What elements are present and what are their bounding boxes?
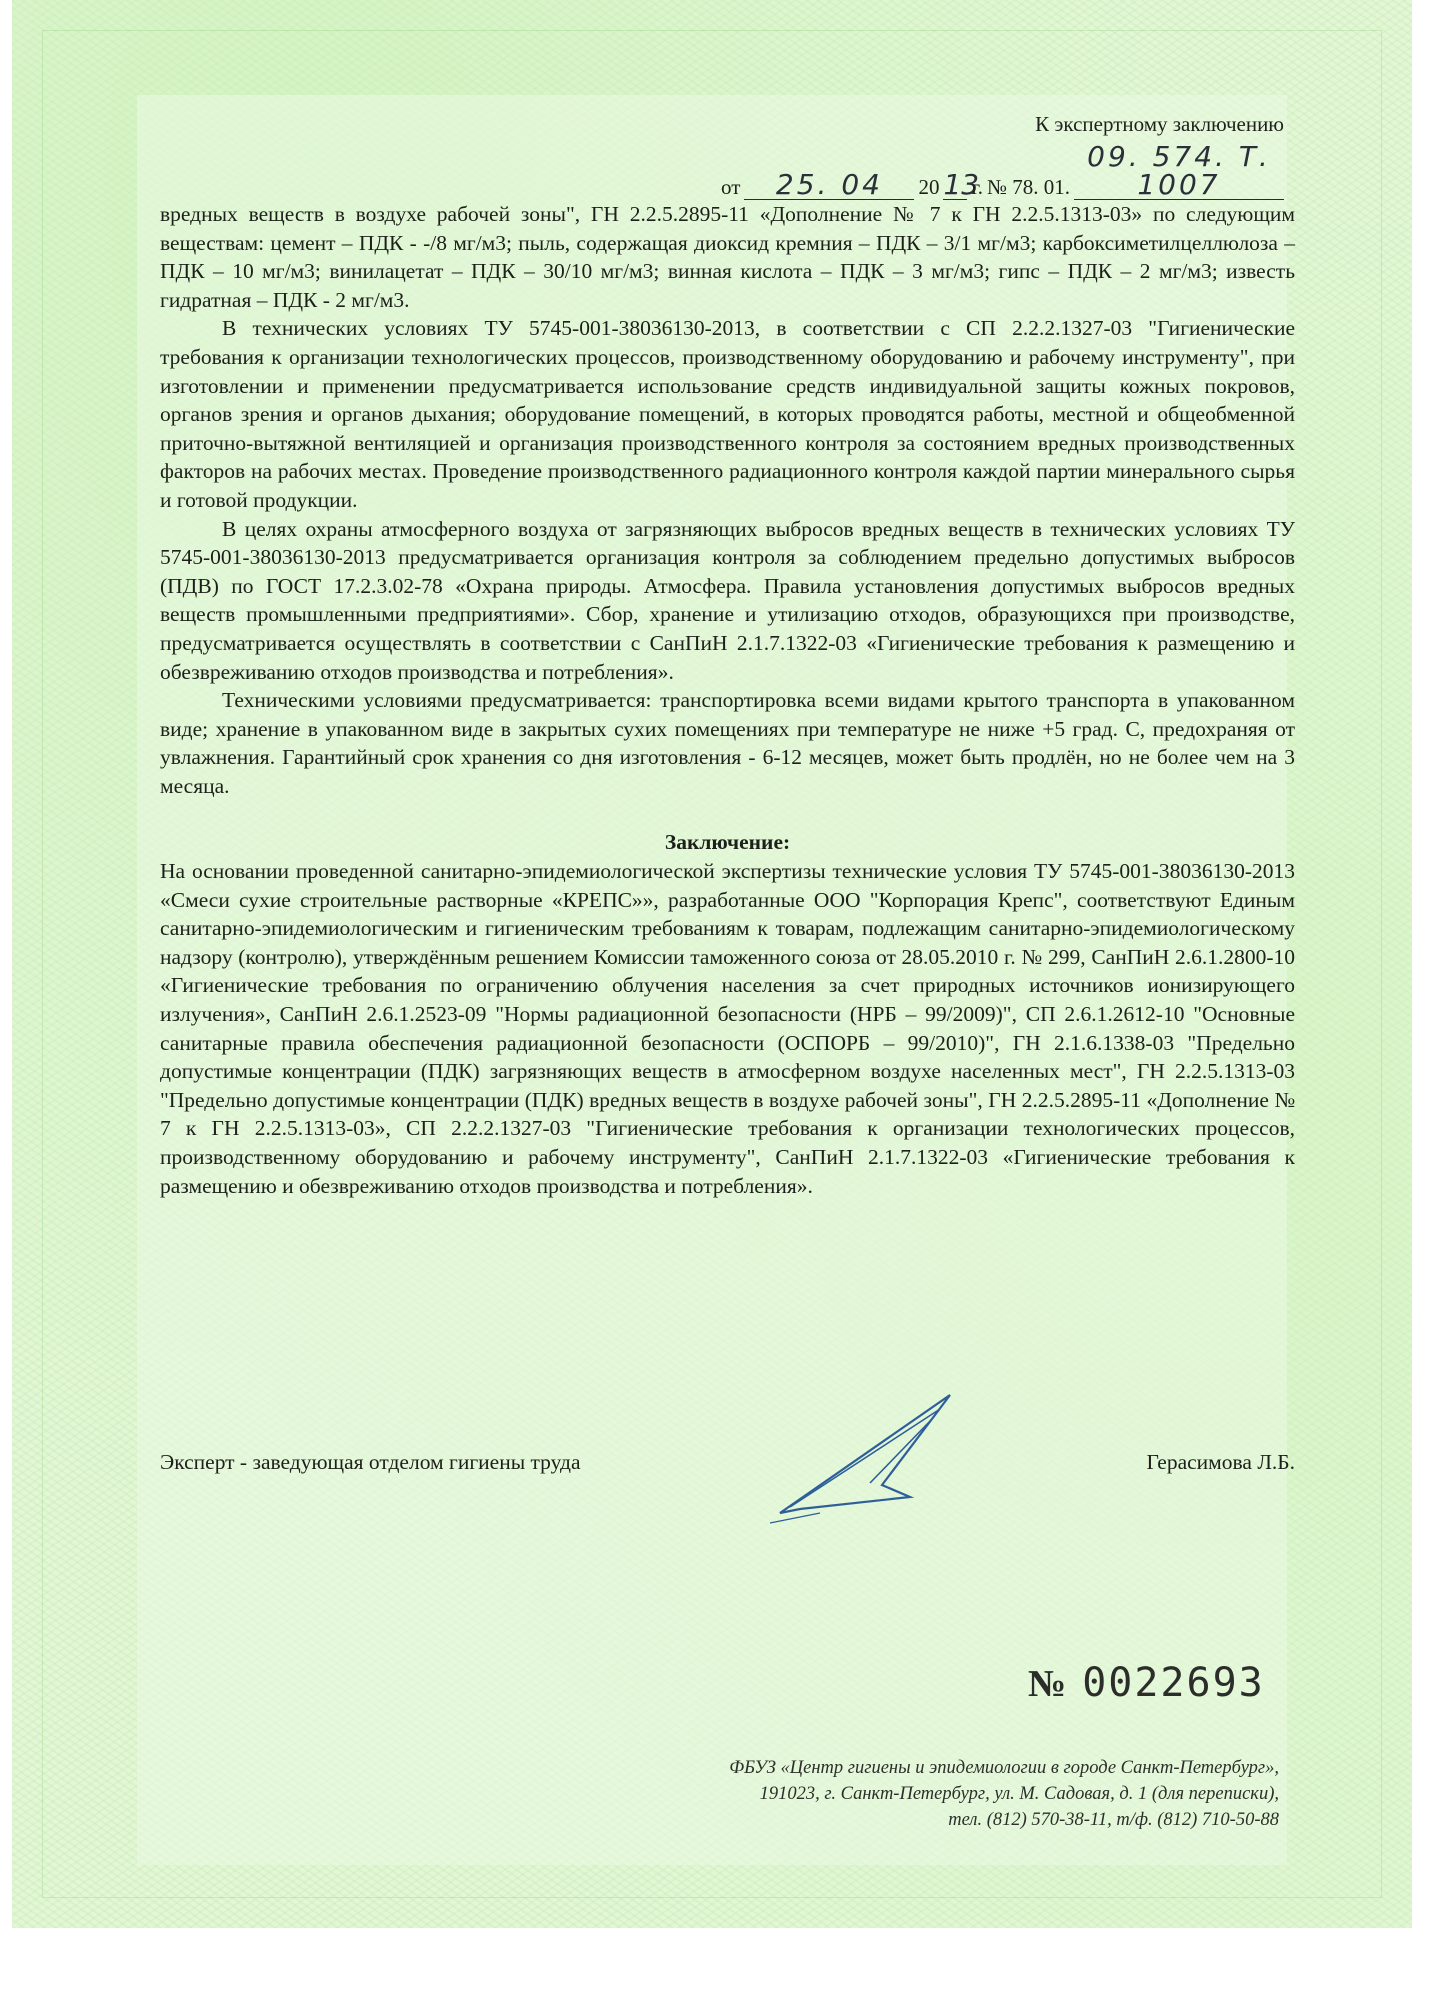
document-header: К экспертному заключению от 25. 04 20 13… xyxy=(721,112,1284,200)
year-suffix: г. xyxy=(971,175,983,200)
from-label: от xyxy=(721,175,740,200)
header-reference-title: К экспертному заключению xyxy=(721,112,1284,137)
signature-row: Эксперт - заведующая отделом гигиены тру… xyxy=(160,1450,1295,1475)
conclusion-heading: Заключение: xyxy=(160,828,1295,857)
expert-name: Герасимова Л.Б. xyxy=(1147,1450,1296,1475)
serial-number: № 0022693 xyxy=(1028,1660,1265,1706)
expert-position: Эксперт - заведующая отделом гигиены тру… xyxy=(160,1450,581,1475)
paragraph-atmosphere: В целях охраны атмосферного воздуха от з… xyxy=(160,515,1295,687)
header-reference-line: от 25. 04 20 13 г. № 78. 01. 09. 574. Т.… xyxy=(721,143,1284,200)
issuer-address: 191023, г. Санкт-Петербург, ул. М. Садов… xyxy=(729,1781,1279,1807)
number-prefix: № 78. 01. xyxy=(987,175,1070,200)
issuer-phones: тел. (812) 570-38-11, т/ф. (812) 710-50-… xyxy=(729,1807,1279,1833)
handwritten-number: 09. 574. Т. 1007 xyxy=(1074,143,1284,200)
paragraph-substances: вредных веществ в воздухе рабочей зоны",… xyxy=(160,200,1295,314)
printing-imprint-strip xyxy=(300,1910,1130,1924)
handwritten-date: 25. 04 xyxy=(744,171,914,200)
serial-digits: 0022693 xyxy=(1082,1660,1265,1706)
conclusion-text: На основании проведенной санитарно-эпиде… xyxy=(160,857,1295,1200)
year-prefix: 20 xyxy=(918,175,939,200)
issuer-name: ФБУЗ «Центр гигиены и эпидемиологии в го… xyxy=(729,1755,1279,1781)
issuer-footer: ФБУЗ «Центр гигиены и эпидемиологии в го… xyxy=(729,1755,1279,1833)
paragraph-protection: В технических условиях ТУ 5745-001-38036… xyxy=(160,314,1295,514)
document-body: вредных веществ в воздухе рабочей зоны",… xyxy=(160,200,1295,1200)
paragraph-transport-storage: Техническими условиями предусматривается… xyxy=(160,686,1295,800)
number-sign: № xyxy=(1028,1662,1066,1706)
handwritten-year: 13 xyxy=(943,171,967,200)
